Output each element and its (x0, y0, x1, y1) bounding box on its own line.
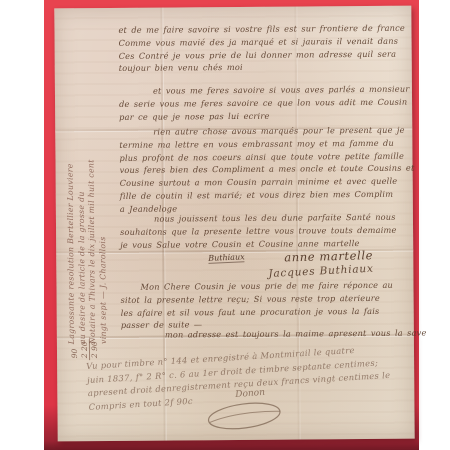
letter-line: par ce que je nose pas lui ecrire (119, 108, 410, 123)
postscript-paragraph: Mon Chere Cousin je vous prie de me fair… (120, 279, 393, 332)
margin-note-vertical: Lagrossante resolution Bertellier Louvie… (64, 26, 108, 344)
margin-note-line: vingt sept — J. Charollois (96, 26, 109, 344)
letter-paragraph: et vous me feres savoire si vous aves pa… (119, 83, 410, 124)
signature-buthiaux: Buthiaux (208, 252, 245, 264)
letter-paragraph: et de me faire savoire si vostre fils es… (118, 22, 405, 75)
letter-line: les afaire et sil vous faut une procurat… (121, 304, 394, 319)
letter-line: toujour bien venu chés moi (119, 60, 406, 75)
letter-line: fille de coutin il est marié; et vous di… (120, 188, 415, 203)
tax-note-line: 2 90 (90, 339, 100, 360)
photo-canvas: et de me faire savoire si vostre fils es… (0, 0, 450, 450)
letter-paragraph: rien autre chose avous marqués pour le p… (119, 124, 415, 216)
tax-note-line: 2 20 (80, 339, 90, 360)
address-line: mon adresse est toujours la maime aprese… (165, 327, 427, 339)
mat-bottom-shadow (44, 441, 419, 450)
signature-anne-martelle: anne martelle (284, 248, 373, 264)
signature-jacques-buthiaux: Jacques Buthiaux (268, 263, 374, 280)
letter-paper: et de me faire savoire si vostre fils es… (54, 6, 414, 442)
tax-calculation-note: 90 2 20 2 90 (70, 339, 100, 360)
tax-note-line: 90 (70, 340, 80, 361)
letter-line: de serie vous me feres savoire ce que lo… (119, 95, 410, 110)
letter-paragraph: nous jouissent tous les deu dune parfait… (120, 211, 397, 252)
